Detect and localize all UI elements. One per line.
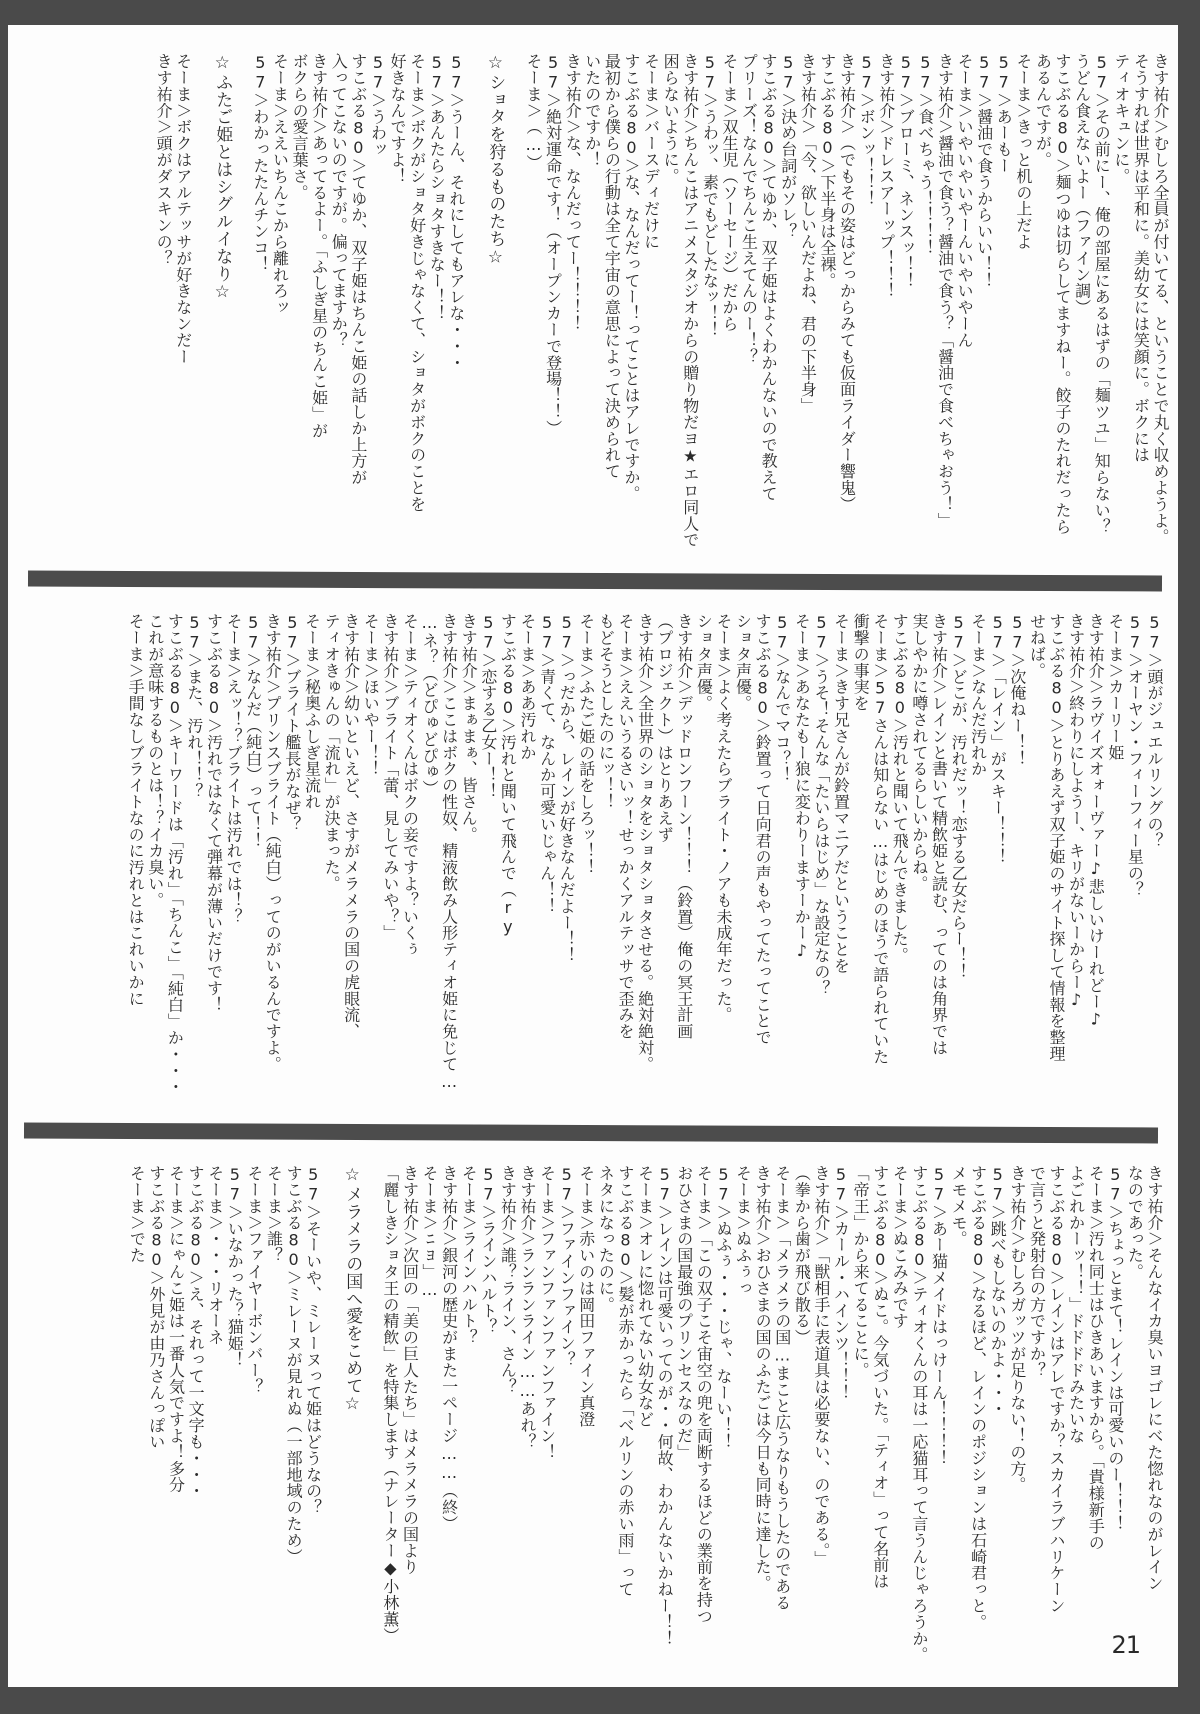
dialogue-line: 57＞どこが、汚れだッ！恋する乙女だらー！！: [948, 613, 968, 1113]
dialogue-line: すこぶる80＞ミレーヌが見れぬ（一部地域のため）: [283, 1165, 303, 1665]
dialogue-line: そーま＞手間なしブライトなのに汚れとはこれいかに: [126, 613, 146, 1113]
dialogue-line: 「帝王」から来てることに。: [851, 1165, 871, 1665]
dialogue-line: きす祐介＞おひさまの国のふたごは今日も同時に達した。: [753, 1165, 773, 1665]
dialogue-line: そーま＞ほいやー！！: [361, 613, 381, 1113]
dialogue-line: 57＞頭がジュエルリングの？: [1144, 613, 1164, 1113]
dialogue-line: そーま＞ファイヤーボンバー？: [244, 1165, 264, 1665]
dialogue-line: 「麗しきショタ王の精飲」を特集します（ナレーター◆小林薫）: [380, 1165, 400, 1665]
dialogue-line: 57＞「レイン」がスキー！！！: [988, 613, 1008, 1113]
dialogue-line: すこぶる80＞汚れと聞いて飛んで（ry: [498, 613, 518, 1113]
dialogue-line: きす祐介＞ランランライン……あれ？: [517, 1165, 537, 1665]
dialogue-line: そーま＞ええいうるさいッ！せっかくアルテッサで歪みを: [615, 613, 635, 1113]
dialogue-line: そーま＞秘奥ふしぎ星流れ: [302, 613, 322, 1113]
dialogue-line: で言うと発射台の方ですか？: [1027, 1165, 1047, 1665]
dialogue-line: 57＞うわッ、素でもどしたなッ！！: [700, 53, 720, 573]
dialogue-line: そーま＞ふたご姫の話をしろッ！！: [576, 613, 596, 1113]
dialogue-line: きす祐介＞ここはボクの性奴、精液飲み人形ティオ姫に免じて…: [439, 613, 459, 1113]
dialogue-line: 57＞ボンッ！！！: [857, 53, 877, 573]
dialogue-line: 57＞わかったたんチンコ！: [250, 53, 270, 573]
dialogue-line: 57＞そーいや、ミレーヌって姫はどうなの？: [303, 1165, 323, 1665]
dialogue-line: そーま＞あなたもー狼に変わりーますーかー♪: [792, 613, 812, 1113]
dialogue-line: そうすれば世界は平和に。美幼女には笑顔に。ボクには: [1131, 53, 1151, 573]
dialogue-line: （拳から歯が飛び散る）: [792, 1165, 812, 1665]
dialogue-line: そーま＞ファンファンファンファイン！: [537, 1165, 557, 1665]
dialogue-line: そーま＞57さんは知らない…はじめのほうで語られていた: [870, 613, 890, 1113]
dialogue-line: そーま＞オレに惚れてない幼女など: [635, 1165, 655, 1665]
dialogue-line: きす祐介＞醤油で食う？醤油で食う？「醤油で食べちゃおう！」: [935, 53, 955, 573]
dialogue-line: そーま＞汚れ同士はひきあいますから。「貴様新手の: [1086, 1165, 1106, 1665]
dialogue-line: 57＞ファインファイン？: [557, 1165, 577, 1665]
dialogue-line: そーま＞「メラメラの国…まこと広うなりもうしたのである: [772, 1165, 792, 1665]
dialogue-line: そーま＞ラインハルト？: [459, 1165, 479, 1665]
dialogue-line: 57＞あんたらショタすきなー！！: [427, 53, 447, 573]
dialogue-line: そーま＞にゃんこ姫は一番人気ですよ！多分: [166, 1165, 186, 1665]
dialogue-line: そーま＞誰？: [264, 1165, 284, 1665]
dialogue-line: すこぶる80＞とりあえず双子姫のサイト探して情報を整理: [1046, 613, 1066, 1113]
dialogue-line: きす祐介＞むしろガッツが足りない！の方。: [1007, 1165, 1027, 1665]
dialogue-line: そーま＞きす兄さんが鈴置マニアだということを: [831, 613, 851, 1113]
dialogue-line: すこぶる80＞え、それって一文字も・・・: [186, 1165, 206, 1665]
dialogue-line: すこぶる80＞てゆか、双子姫はちんこ姫の話しか上方が: [348, 53, 368, 573]
dialogue-line: …ネ？（どぴゅどぴゅ）: [419, 613, 439, 1113]
scanned-page: きす祐介＞むしろ全員が付いてる、ということで丸く収めようよ。そうすれば世界は平和…: [8, 25, 1178, 1687]
dialogue-line: そーま＞ぬこみみです: [890, 1165, 910, 1665]
dialogue-line: 57＞跳べもしないのかよ・・・: [988, 1165, 1008, 1665]
dialogue-line: 最初から僕らの行動は全て宇宙の意思によって決められて: [602, 53, 622, 573]
dialogue-line: 好きなんですよ！: [387, 53, 407, 573]
dialogue-line: すこぶる80＞ティオくんの耳は一応猫耳って言うんじゃろうか。: [909, 1165, 929, 1665]
dialogue-line: 57＞なんだ（純白）って！！: [243, 613, 263, 1113]
dialogue-line: きす祐介＞ドレスアーップ！！！: [876, 53, 896, 573]
dialogue-line: すこぶる80＞キーワードは「汚れ」「ちんこ」「純白」か・・・: [165, 613, 185, 1113]
dialogue-line: そーま＞（…）: [523, 53, 543, 573]
dialogue-line: すこぶる80＞なるほど、レインのポジションは石崎君っと。: [968, 1165, 988, 1665]
dialogue-line: きす祐介＞レインと書いて精飲姫と読む、ってのは角界では: [929, 613, 949, 1113]
dialogue-line: そーま＞よく考えたらブライト・ノアも未成年だった。: [713, 613, 733, 1113]
dialogue-line: すこぶる80＞汚れではなくて弾幕が薄いだけです！: [204, 613, 224, 1113]
dialogue-line: きす祐介＞な、なんだってー！！！！: [563, 53, 583, 573]
dialogue-line: 57＞恋する乙女ー！！: [478, 613, 498, 1113]
dialogue-line: 57＞その前にー、俺の部屋にあるはずの「麺ツユ」知らない？: [1092, 53, 1112, 573]
dialogue-line: ティオきゅんの「流れ」が決まった。: [321, 613, 341, 1113]
dialogue-line: すこぶる80＞外見が由乃さんっぽい: [146, 1165, 166, 1665]
dialogue-line: 57＞レインは可愛いってのが・・何故、わかんないかねー！！: [655, 1165, 675, 1665]
dialogue-line: そーま＞ボクはアルテッサが好きなンだー: [173, 53, 193, 573]
dialogue-line: おひさまの国最強のプリンセスなのだ」: [674, 1165, 694, 1665]
section-heading: ☆メラメラの国へ愛をこめて☆: [342, 1165, 362, 1665]
dialogue-line: 実しやかに噂されてるらしいからね。: [909, 613, 929, 1113]
dialogue-line: そーま＞ティオくんはボクの妾ですよ？いくぅ: [400, 613, 420, 1113]
dialogue-line: 57＞ラインハルト？: [478, 1165, 498, 1665]
section-divider-bar: [24, 1123, 1158, 1144]
dialogue-line: そーま＞でた: [127, 1165, 147, 1665]
dialogue-line: 57＞ぬふぅ・・・じゃ、なーい！！: [713, 1165, 733, 1665]
dialogue-line: せねば。: [1027, 613, 1047, 1113]
dialogue-line: うどん食えないよー（ファイン調）: [1072, 53, 1092, 573]
page-number: 21: [1111, 1631, 1140, 1659]
dialogue-line: ボクらの愛言葉さ。: [289, 53, 309, 573]
dialogue-line: メモメモ。: [948, 1165, 968, 1665]
dialogue-line: あるんですが。: [1033, 53, 1053, 573]
dialogue-line: 57＞青くて、なんか可愛いじゃん！！: [537, 613, 557, 1113]
dialogue-line: 57＞次俺ねー！！: [1007, 613, 1027, 1113]
dialogue-line: 57＞決め台詞がソレ？: [778, 53, 798, 573]
dialogue-line: すこぶる80＞な、なんだってー！ってことはアレですか。: [621, 53, 641, 573]
dialogue-line: 57＞ブローミ、ネンスッ！！: [896, 53, 916, 573]
dialogue-line: きす祐介＞ブライト「蕾、見してみいや？」: [380, 613, 400, 1113]
dialogue-line: きす祐介＞あってるよー。「ふしぎ星のちんこ姫」が: [309, 53, 329, 573]
dialogue-line: 57＞あーもー: [994, 53, 1014, 573]
dialogue-line: そーま＞・・・リオーネ: [205, 1165, 225, 1665]
dialogue-line: 57＞オーヤン・フィーフィー星の？: [1125, 613, 1145, 1113]
dialogue-line: 57＞食べちゃう！！！！: [915, 53, 935, 573]
dialogue-line: なのであった。: [1125, 1165, 1145, 1665]
dialogue-line: 入ってこないのですが。偏ってますか？: [329, 53, 349, 573]
dialogue-line: きす祐介＞プリンスブライト（純白）ってのがいるんですよ。: [263, 613, 283, 1113]
dialogue-line: 57＞醤油で食うからいい！！: [974, 53, 994, 573]
dialogue-line: きす祐介＞頭がダスキンの？: [154, 53, 174, 573]
dialogue-line: ショタ声優。: [694, 613, 714, 1113]
dialogue-line: すこぶる80＞汚れと聞いて飛んできました。: [890, 613, 910, 1113]
dialogue-line: 57＞うわッ: [368, 53, 388, 573]
dialogue-line: （プロジェクト）はとりあえず: [655, 613, 675, 1113]
dialogue-line: そーま＞ボクがショタ好きじゃなくて、ショタがボクのことを: [407, 53, 427, 573]
dialogue-line: そーま＞赤いのは岡田ファイン真澄: [576, 1165, 596, 1665]
text-section-middle: 57＞頭がジュエルリングの？57＞オーヤン・フィーフィー星の？そーま＞カーリー姫…: [126, 613, 1164, 1113]
dialogue-line: すこぶる80＞髪が赤かったら「ベルリンの赤い雨」って: [615, 1165, 635, 1665]
section-heading: ☆ショタを狩るものたち☆: [485, 53, 505, 573]
dialogue-line: きす祐介＞ラヴイズオォーヴァー♪悲しいけーれどー♪: [1086, 613, 1106, 1113]
dialogue-line: 57＞いなかった？猫姫！: [225, 1165, 245, 1665]
dialogue-line: 57＞うーん、それにしてもアレな・・・: [446, 53, 466, 573]
dialogue-line: すこぶる80＞下半身は全裸。: [817, 53, 837, 573]
dialogue-line: そーま＞ﾆﾖ」…: [419, 1165, 439, 1665]
dialogue-line: すこぶる80＞ぬこ。今気づいた。「ティオ」って名前は: [870, 1165, 890, 1665]
dialogue-line: そーま＞カーリー姫: [1105, 613, 1125, 1113]
dialogue-line: 57＞また、汚れ！！？: [184, 613, 204, 1113]
dialogue-line: すこぶる80＞てゆか、双子姫はよくわかんないので教えて: [759, 53, 779, 573]
dialogue-line: きす祐介＞次回の「美の巨人たち」はメラメラの国より: [400, 1165, 420, 1665]
dialogue-line: 57＞絶対運命です！（オープンカーで登場！！）: [543, 53, 563, 573]
dialogue-line: 57＞カール・ハインツ！！！: [831, 1165, 851, 1665]
dialogue-line: きす祐介＞「今、欲しいんだよね、君の下半身」: [798, 53, 818, 573]
dialogue-line: ショタ声優。: [733, 613, 753, 1113]
text-section-bottom: きす祐介＞そんなイカ臭いヨゴレにベた惚れなのがレインなのであった。57＞ちょっと…: [127, 1165, 1164, 1665]
dialogue-line: すこぶる80＞レインはアレですか？スカイラブハリケーン: [1046, 1165, 1066, 1665]
dialogue-line: きす祐介＞「獣相手に表道具は必要ない、のである。」: [811, 1165, 831, 1665]
dialogue-line: そーま＞ええいちんこから離れろッ: [270, 53, 290, 573]
dialogue-line: きす祐介＞ちんこはアニメスタジオからの贈り物だヨ★エロ同人で: [680, 53, 700, 573]
dialogue-line: きす祐介＞そんなイカ臭いヨゴレにベた惚れなのがレイン: [1144, 1165, 1164, 1665]
dialogue-line: そーま＞きっと机の上だよ: [1013, 53, 1033, 573]
dialogue-line: そーま＞えッ！？ブライトは汚れでは！？: [224, 613, 244, 1113]
text-section-top: きす祐介＞むしろ全員が付いてる、ということで丸く収めようよ。そうすれば世界は平和…: [154, 53, 1171, 573]
dialogue-line: きす祐介＞（でもその姿はどっからみても仮面ライダー響鬼）: [837, 53, 857, 573]
dialogue-line: ティオキュンに。: [1111, 53, 1131, 573]
dialogue-line: もどそうとしたのにッ！！: [596, 613, 616, 1113]
dialogue-line: そーま＞いやいやいやーんいやいやーん: [954, 53, 974, 573]
dialogue-line: そーま＞ぬふぅっ: [733, 1165, 753, 1665]
dialogue-line: ネタになったのに。: [596, 1165, 616, 1665]
dialogue-line: きす祐介＞誰？ライン、さん？: [498, 1165, 518, 1665]
dialogue-line: そーま＞なんだ汚れか: [968, 613, 988, 1113]
section-heading: ☆ふたご姫とはシグルイなり☆: [212, 53, 232, 573]
dialogue-line: いたのですか！: [582, 53, 602, 573]
dialogue-line: きす祐介＞終わりにしようー、キリがないーからー♪: [1066, 613, 1086, 1113]
dialogue-line: すこぶる80＞鈴置って日向君の声もやってたってことで: [753, 613, 773, 1113]
dialogue-line: そーま＞バースディだけに: [641, 53, 661, 573]
dialogue-line: きす祐介＞全世界のショタをショタショタさせる。絶対絶対。: [635, 613, 655, 1113]
dialogue-line: そーま＞ああ汚れか: [517, 613, 537, 1113]
dialogue-line: 57＞うそ！そんな「たいらはじめ」な設定なの？: [811, 613, 831, 1113]
dialogue-line: きす祐介＞銀河の歴史がまた一ページ……（終）: [439, 1165, 459, 1665]
dialogue-line: きす祐介＞幼いといえど、さすがメラメラの国の虎眼流、: [341, 613, 361, 1113]
dialogue-line: プリーズ！なんでちんこ生えてんのー！？: [739, 53, 759, 573]
dialogue-line: すこぶる80＞麺つゆは切らしてますねー。餃子のたれだったら: [1052, 53, 1072, 573]
dialogue-line: 57＞ちょっとまて！レインは可愛いのー！！！: [1105, 1165, 1125, 1665]
dialogue-line: 衝撃の事実を: [851, 613, 871, 1113]
dialogue-line: そーま＞「この双子こそ宙空の兜を両断するほどの業前を持つ: [694, 1165, 714, 1665]
dialogue-line: 57＞っだから、レインが好きなんだよー！！: [557, 613, 577, 1113]
dialogue-line: これが意味するものとは！？イカ臭い。: [145, 613, 165, 1113]
dialogue-line: 57＞あー猫メイドはっけーん！！！！: [929, 1165, 949, 1665]
dialogue-line: きす祐介＞デッドロンフーン！！！（鈴置）俺の冥王計画: [674, 613, 694, 1113]
dialogue-line: きす祐介＞まぁまぁ、皆さん。: [459, 613, 479, 1113]
dialogue-line: よごれかーッ！！」ドドドドみたいな: [1066, 1165, 1086, 1665]
section-divider-bar: [28, 571, 1162, 592]
dialogue-line: 57＞なんでマコ？！: [772, 613, 792, 1113]
dialogue-line: 57＞ブライト艦長がなぜ？: [282, 613, 302, 1113]
dialogue-line: きす祐介＞むしろ全員が付いてる、ということで丸く収めようよ。: [1150, 53, 1170, 573]
dialogue-line: そーま＞双生児（ソーセージ）だから: [719, 53, 739, 573]
dialogue-line: 困らないように。: [661, 53, 681, 573]
